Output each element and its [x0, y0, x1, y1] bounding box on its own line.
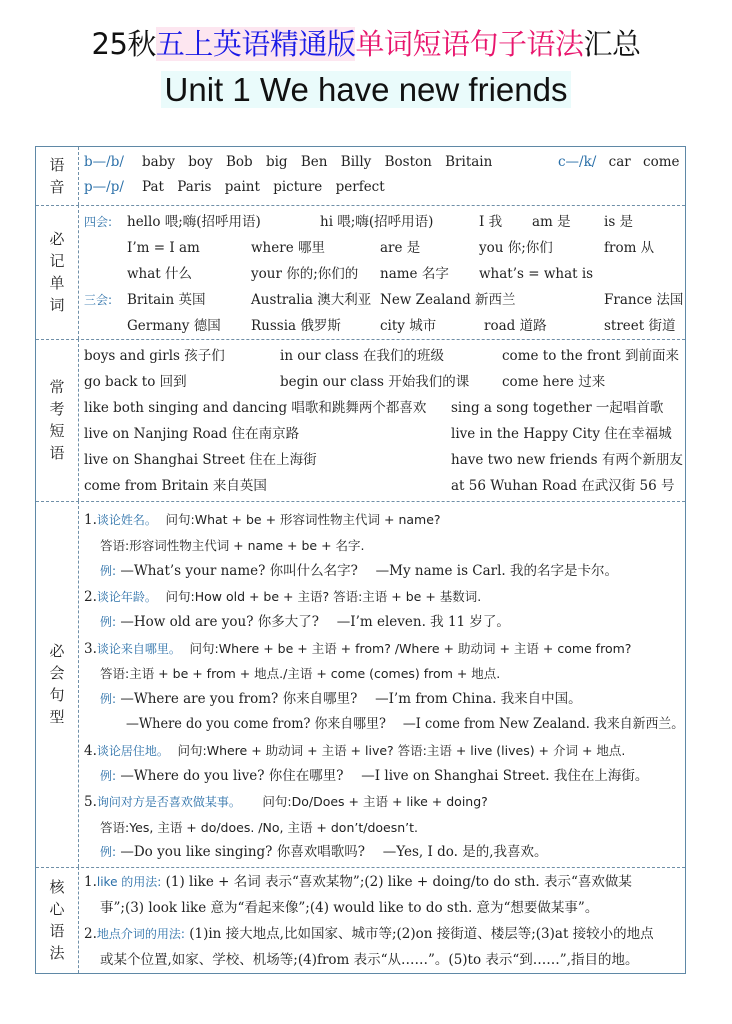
phrase-item: at 56 Wuhan Road 在武汉街 56 号: [451, 474, 675, 499]
sentence-item-2: 2.谈论年龄。 问句:How old + be + 主语? 答语:主语 + be…: [84, 584, 481, 610]
vocab-item: hello 喂;嗨(招呼用语): [127, 210, 261, 235]
title-topic: 单词短语句子语法: [355, 27, 583, 61]
vocab-item: name 名字: [380, 262, 449, 287]
phrase-item: like both singing and dancing 唱歌和跳舞两个都喜欢: [84, 396, 426, 421]
vocab-item: city 城市: [380, 314, 436, 339]
vocab-item: you 你;你们: [479, 236, 553, 261]
vocab-item: Australia 澳大利亚: [251, 288, 371, 313]
vocab-item: street 街道: [604, 314, 676, 339]
phrase-item: have two new friends 有两个新朋友: [451, 448, 683, 473]
vocab-item: France 法国: [604, 288, 683, 313]
phrase-item: go back to 回到: [84, 370, 187, 395]
vocab-item: from 从: [604, 236, 654, 261]
vocab-item: is 是: [604, 210, 633, 235]
vocab-item: Britain 英国: [127, 288, 205, 313]
phrase-item: live on Shanghai Street 住在上海街: [84, 448, 317, 473]
vocab-item: your 你的;你们的: [251, 262, 358, 287]
grammar-item-2: 2.地点介词的用法: (1)in 接大地点,比如国家、城市等;(2)on 接街道…: [84, 922, 654, 947]
title-suffix: 汇总: [583, 27, 640, 61]
example-line: 例: —Do you like singing? 你喜欢唱歌吗? —Yes, I…: [100, 840, 548, 865]
vocab-item: hi 喂;嗨(招呼用语): [320, 210, 433, 235]
vocab-item: where 哪里: [251, 236, 325, 261]
example-line: 例: —Where do you live? 你住在哪里? —I live on…: [100, 764, 648, 789]
phrase-item: in our class 在我们的班级: [280, 344, 444, 369]
phonics-line-1: b—/b/: [84, 150, 124, 175]
sentence-item-5: 5.询问对方是否喜欢做某事。 问句:Do/Does + 主语 + like + …: [84, 789, 488, 815]
vocab-item: what’s = what is: [479, 262, 593, 287]
sentences-section: 必会句型 1.谈论姓名。 问句:What + be + 形容词性物主代词 + n…: [36, 501, 685, 868]
example-line: 例: —What’s your name? 你叫什么名字? —My name i…: [100, 559, 618, 584]
phonics-line-2: p—/p/: [84, 175, 124, 200]
vocab-item: Germany 德国: [127, 314, 221, 339]
sound-b: b—/b/: [84, 154, 124, 170]
unit-title-text: Unit 1 We have new friends: [161, 71, 572, 108]
vocab-section: 必记单词 四会: hello 喂;嗨(招呼用语) hi 喂;嗨(招呼用语) I …: [36, 205, 685, 340]
vocab-item: Russia 俄罗斯: [251, 314, 341, 339]
sentence-item-3: 3.谈论来自哪里。 问句:Where + be + 主语 + from? /Wh…: [84, 636, 631, 662]
grammar-item-2-cont: 或某个位置,如家、学校、机场等;(4)from 表示“从……”。(5)to 表示…: [100, 948, 639, 973]
section-label: 核心语法: [36, 867, 79, 973]
vocab-item: New Zealand 新西兰: [380, 288, 516, 313]
section-label: 必记单词: [36, 205, 79, 339]
four-skill-label: 四会:: [84, 210, 112, 235]
vocab-item: am 是: [532, 210, 571, 235]
section-label: 必会句型: [36, 501, 79, 867]
example-line: —Where do you come from? 你来自哪里? —I come …: [126, 712, 684, 737]
phrase-item: come here 过来: [502, 370, 605, 395]
answer-pattern: 答语:形容词性物主代词 + name + be + 名字.: [100, 533, 365, 558]
phrase-item: boys and girls 孩子们: [84, 344, 225, 369]
vocab-item: I 我: [479, 210, 502, 235]
title-textbook: 五上英语精通版: [156, 27, 356, 61]
title-prefix: 25秋: [92, 27, 156, 61]
grammar-item-1: 1.like 的用法: (1) like + 名词 表示“喜欢某物”;(2) l…: [84, 870, 632, 895]
phrase-item: live on Nanjing Road 住在南京路: [84, 422, 299, 447]
phonics-section: 语音 b—/b/ baby boy Bob big Ben Billy Bost…: [36, 147, 685, 206]
grammar-item-1-cont: 事”;(3) look like 意为“看起来像”;(4) would like…: [100, 896, 598, 921]
phrase-item: come from Britain 来自英国: [84, 474, 267, 499]
phonics-words-b: baby boy Bob big Ben Billy Boston Britai…: [142, 150, 492, 175]
unit-title: Unit 1 We have new friends: [0, 68, 732, 112]
three-skill-label: 三会:: [84, 288, 112, 313]
phrase-item: begin our class 开始我们的课: [280, 370, 469, 395]
sentence-item-1: 1.谈论姓名。 问句:What + be + 形容词性物主代词 + name?: [84, 507, 441, 533]
vocab-item: I’m = I am: [127, 236, 200, 261]
phonics-words-c: c—/k/ car come: [558, 150, 680, 175]
example-line: 例: —How old are you? 你多大了? —I’m eleven. …: [100, 610, 510, 635]
answer-pattern: 答语:Yes, 主语 + do/does. /No, 主语 + don’t/do…: [100, 815, 418, 840]
phrase-item: come to the front 到前面来: [502, 344, 679, 369]
phrase-item: sing a song together 一起唱首歌: [451, 396, 663, 421]
vocab-item: what 什么: [127, 262, 192, 287]
summary-table: 语音 b—/b/ baby boy Bob big Ben Billy Bost…: [35, 146, 686, 974]
vocab-item: road 道路: [484, 314, 547, 339]
phrase-item: live in the Happy City 住在幸福城: [451, 422, 672, 447]
section-label: 常考短语: [36, 339, 79, 501]
sentence-item-4: 4.谈论居住地。 问句:Where + 助动词 + 主语 + live? 答语:…: [84, 738, 625, 764]
phrases-section: 常考短语 boys and girls 孩子们 in our class 在我们…: [36, 339, 685, 502]
answer-pattern: 答语:主语 + be + from + 地点./主语 + come (comes…: [100, 661, 500, 686]
example-line: 例: —Where are you from? 你来自哪里? —I’m from…: [100, 687, 582, 712]
vocab-item: are 是: [380, 236, 420, 261]
section-label: 语音: [36, 147, 79, 205]
grammar-section: 核心语法 1.like 的用法: (1) like + 名词 表示“喜欢某物”;…: [36, 867, 685, 973]
phonics-words-p: Pat Paris paint picture perfect: [142, 175, 385, 200]
page-title: 25秋五上英语精通版单词短语句子语法汇总: [0, 24, 732, 64]
